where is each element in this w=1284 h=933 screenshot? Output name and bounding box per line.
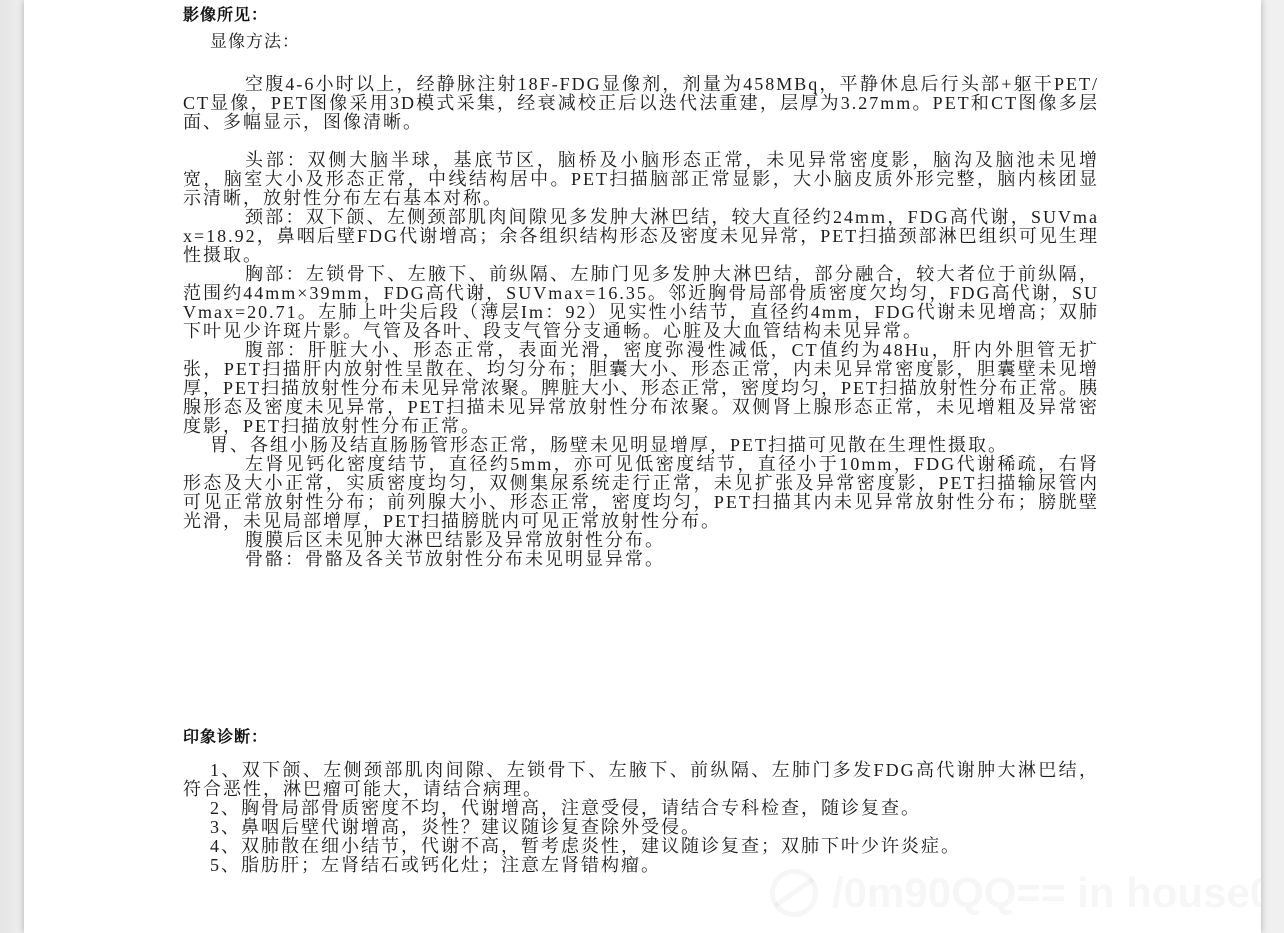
findings-paragraph-retroperitoneum: 腹膜后区未见肿大淋巴结影及异常放射性分布。: [183, 531, 1099, 550]
findings-paragraph-neck: 颈部：双下颌、左侧颈部肌肉间隙见多发肿大淋巴结，较大直径约24mm，FDG高代谢…: [183, 208, 1099, 265]
findings-paragraph-stomach-bowel: 胃、各组小肠及结直肠肠管形态正常，肠壁未见明显增厚，PET扫描可见散在生理性摄取…: [183, 436, 1099, 455]
findings-paragraph-chest: 胸部：左锁骨下、左腋下、前纵隔、左肺门见多发肿大淋巴结，部分融合，较大者位于前纵…: [183, 265, 1099, 341]
findings-body: 空腹4-6小时以上，经静脉注射18F-FDG显像剂，剂量为458MBq，平静休息…: [183, 75, 1099, 569]
impression-section-title: 印象诊断：: [183, 722, 1099, 748]
findings-paragraph-abdomen: 腹部：肝脏大小、形态正常，表面光滑，密度弥漫性减低，CT值约为48Hu，肝内外胆…: [183, 341, 1099, 436]
document-viewer-background: 影像所见： 显像方法： 空腹4-6小时以上，经静脉注射18F-FDG显像剂，剂量…: [0, 0, 1284, 933]
watermark-text: /0m90QQ== in house086: [832, 869, 1261, 917]
findings-paragraph-bones: 骨骼：骨骼及各关节放射性分布未见明显异常。: [183, 550, 1099, 569]
impression-list: 1、双下颌、左侧颈部肌肉间隙、左锁骨下、左腋下、前纵隔、左肺门多发FDG高代谢肿…: [183, 761, 1099, 875]
watermark-logo-icon: [770, 869, 818, 917]
method-label: 显像方法：: [210, 32, 1099, 52]
findings-section-title: 影像所见：: [183, 0, 1099, 26]
impression-item-4: 4、双肺散在细小结节，代谢不高，暂考虑炎性，建议随诊复查；双肺下叶少许炎症。: [183, 837, 1099, 856]
watermark: /0m90QQ== in house086: [770, 868, 1261, 918]
impression-item-1: 1、双下颌、左侧颈部肌肉间隙、左锁骨下、左腋下、前纵隔、左肺门多发FDG高代谢肿…: [183, 761, 1099, 799]
findings-paragraph-kidney-pelvis: 左肾见钙化密度结节，直径约5mm，亦可见低密度结节，直径小于10mm，FDG代谢…: [183, 455, 1099, 531]
impression-item-3: 3、鼻咽后壁代谢增高，炎性？建议随诊复查除外受侵。: [183, 818, 1099, 837]
report-content: 影像所见： 显像方法： 空腹4-6小时以上，经静脉注射18F-FDG显像剂，剂量…: [183, 0, 1099, 875]
findings-paragraph-head: 头部：双侧大脑半球，基底节区，脑桥及小脑形态正常，未见异常密度影，脑沟及脑池未见…: [183, 151, 1099, 208]
report-page: 影像所见： 显像方法： 空腹4-6小时以上，经静脉注射18F-FDG显像剂，剂量…: [24, 0, 1261, 933]
impression-item-5: 5、脂肪肝；左肾结石或钙化灶；注意左肾错构瘤。: [183, 856, 1099, 875]
impression-item-2: 2、胸骨局部骨质密度不均，代谢增高，注意受侵，请结合专科检查，随诊复查。: [183, 799, 1099, 818]
findings-paragraph-method: 空腹4-6小时以上，经静脉注射18F-FDG显像剂，剂量为458MBq，平静休息…: [183, 75, 1099, 132]
